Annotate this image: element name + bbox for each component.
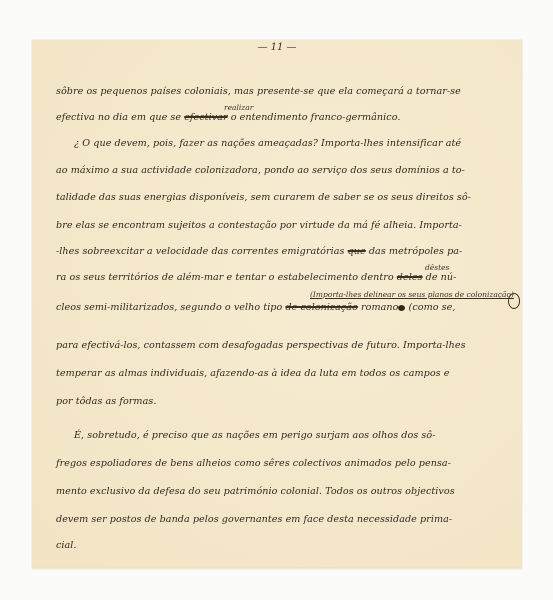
insertion-mark [508, 293, 520, 309]
line-text: o entendimento franco-germânico. [228, 112, 401, 123]
text-line-1: sôbre os pequenos países coloniais, mas … [56, 86, 461, 97]
line-text: -lhes sobreexcitar a velocidade das corr… [56, 246, 348, 257]
line-text: romano [358, 302, 399, 313]
struck-text: deles [397, 272, 423, 283]
line-text: de nú- [423, 272, 457, 283]
text-line-6: bre elas se encontram sujeitos a contest… [56, 220, 462, 231]
text-line-11: temperar as almas individuais, afazendo-… [56, 368, 449, 379]
manuscript-page: — 11 — sôbre os pequenos países coloniai… [32, 40, 522, 568]
insertion-destes: dêstes [425, 263, 449, 272]
line-text: ra os seus territórios de além-mar e ten… [56, 272, 397, 283]
text-line-4: ao máximo a sua actividade colonizadora,… [56, 165, 465, 176]
text-line-8: ra os seus territórios de além-mar e ten… [56, 272, 456, 283]
line-text: efectiva no dia em que se [56, 112, 184, 123]
insertion-realizar: realizar [224, 103, 253, 112]
line-text: das metrópoles pa- [366, 246, 463, 257]
text-line-10: para efectivá-los, contassem com desafog… [56, 340, 466, 351]
line-text: cleos semi-militarizados, segundo o velh… [56, 302, 285, 313]
struck-text: de colonização [285, 302, 357, 313]
text-line-14: fregos espoliadores de bens alheios como… [56, 458, 451, 469]
text-line-17: cial. [56, 540, 77, 551]
page-number: — 11 — [32, 42, 522, 53]
text-line-13: É, sobretudo, é preciso que as nações em… [74, 430, 435, 441]
struck-text: que [348, 246, 366, 257]
text-line-7: -lhes sobreexcitar a velocidade das corr… [56, 246, 462, 257]
text-line-2: efectiva no dia em que se efectivar o en… [56, 112, 400, 123]
struck-text: efectivar [184, 112, 227, 123]
text-line-3: ¿ O que devem, pois, fazer as nações ame… [74, 138, 461, 149]
text-line-15: mento exclusivo da defesa do seu patrimó… [56, 486, 455, 497]
text-line-5: talidade das suas energias disponíveis, … [56, 192, 471, 203]
text-line-12: por tôdas as formas. [56, 396, 156, 407]
insertion-planos-colonizacao: (Importa-lhes delinear os seus planos de… [310, 290, 514, 299]
line-text: (como se, [405, 302, 455, 313]
text-line-16: devem ser postos de banda pelos governan… [56, 514, 452, 525]
text-line-9: cleos semi-militarizados, segundo o velh… [56, 302, 455, 313]
